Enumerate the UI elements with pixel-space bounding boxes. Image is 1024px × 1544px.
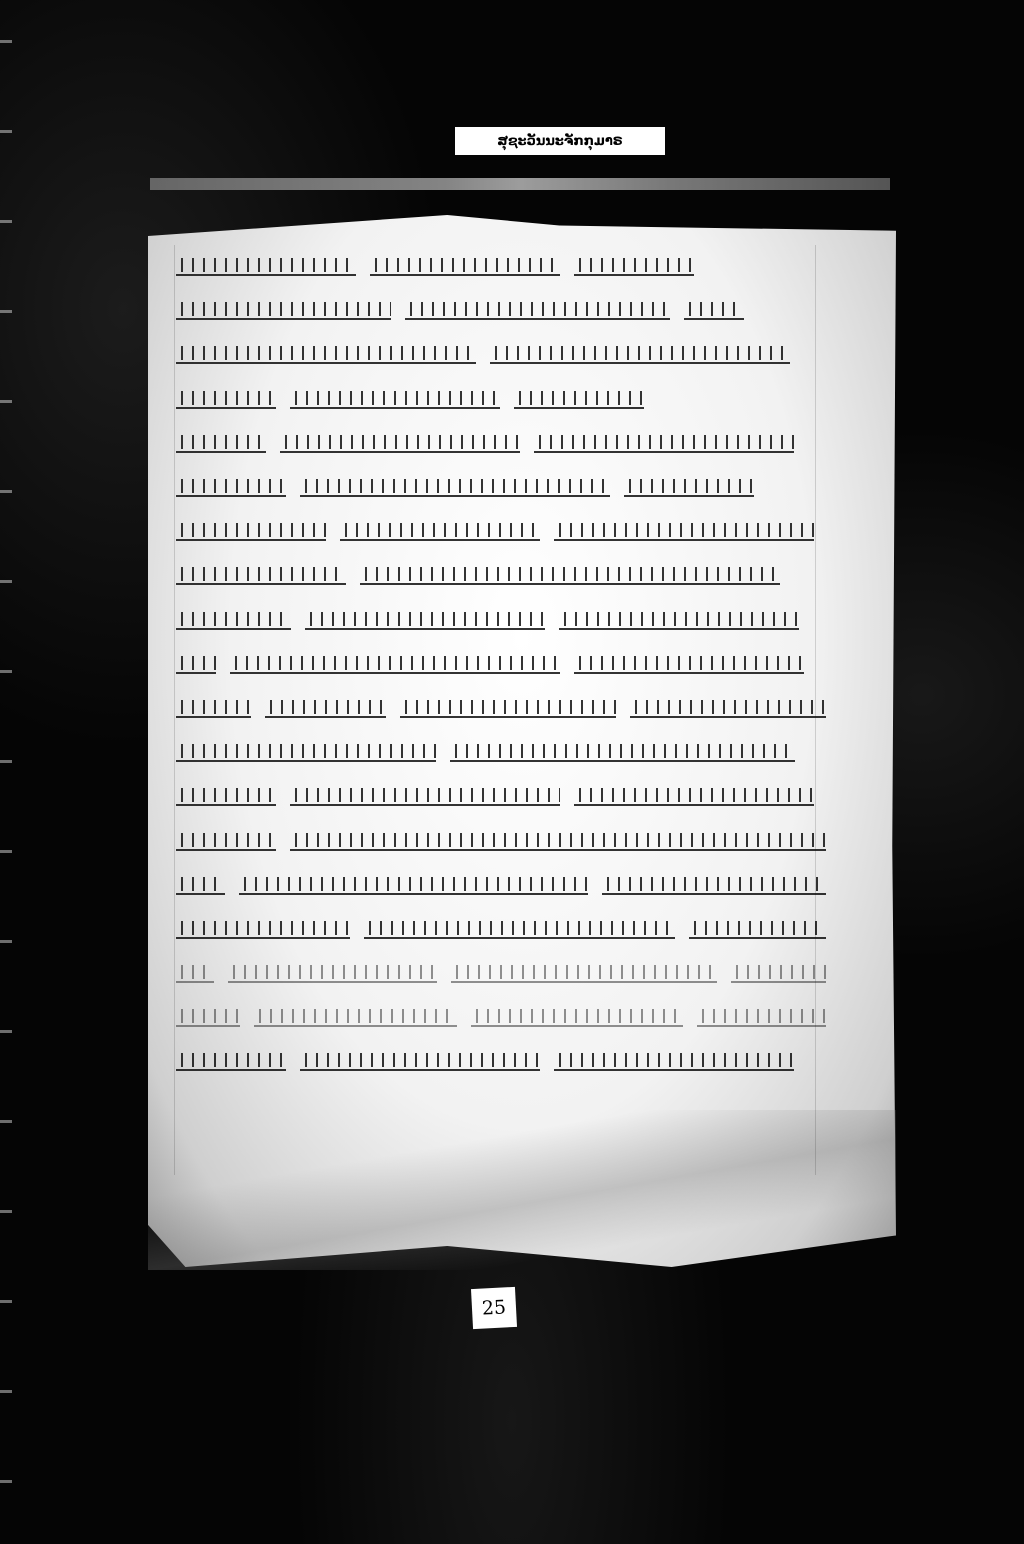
handwritten-word-group xyxy=(176,1047,286,1071)
manuscript-line xyxy=(176,596,826,640)
handwritten-word-group xyxy=(176,694,251,718)
handwritten-word-group xyxy=(559,606,799,630)
handwritten-word-group xyxy=(364,915,675,939)
manuscript-line xyxy=(176,816,826,860)
handwritten-word-group xyxy=(176,871,225,895)
handwritten-word-group xyxy=(534,429,794,453)
handwritten-word-group xyxy=(360,561,780,585)
manuscript-line xyxy=(176,728,826,772)
handwritten-word-group xyxy=(176,340,476,364)
handwritten-word-group xyxy=(574,782,814,806)
manuscript-line xyxy=(176,640,826,684)
handwritten-word-group xyxy=(370,252,560,276)
handwritten-word-group xyxy=(602,871,826,895)
manuscript-line xyxy=(176,463,826,507)
handwritten-word-group xyxy=(176,915,350,939)
binder-edge xyxy=(0,0,12,1544)
title-label: ສຸຊະວັນນະຈັກກຸມາຣ xyxy=(455,127,665,155)
page-number-label: 25 xyxy=(471,1287,517,1329)
handwritten-word-group xyxy=(176,385,276,409)
handwritten-word-group xyxy=(624,473,754,497)
handwritten-word-group xyxy=(554,1047,794,1071)
handwritten-word-group xyxy=(290,827,826,851)
manuscript-line xyxy=(176,1037,826,1081)
manuscript-line xyxy=(176,375,826,419)
manuscript-line xyxy=(176,551,826,595)
handwritten-word-group xyxy=(300,473,610,497)
manuscript-line xyxy=(176,861,826,905)
handwritten-word-group xyxy=(490,340,790,364)
manuscript-line xyxy=(176,993,826,1037)
manuscript-line xyxy=(176,330,826,374)
handwritten-word-group xyxy=(176,782,276,806)
cloth-strip xyxy=(150,178,890,190)
handwritten-word-group xyxy=(239,871,589,895)
handwritten-word-group xyxy=(254,1003,457,1027)
handwritten-word-group xyxy=(471,1003,683,1027)
handwritten-word-group xyxy=(400,694,615,718)
handwritten-word-group xyxy=(280,429,520,453)
handwritten-word-group xyxy=(176,296,391,320)
manuscript-line xyxy=(176,772,826,816)
handwritten-word-group xyxy=(405,296,670,320)
handwritten-word-group xyxy=(450,738,795,762)
handwritten-word-group xyxy=(230,650,560,674)
manuscript-line xyxy=(176,684,826,728)
manuscript-line xyxy=(176,286,826,330)
handwritten-word-group xyxy=(305,606,545,630)
handwritten-word-group xyxy=(265,694,387,718)
handwritten-word-group xyxy=(176,738,436,762)
handwritten-word-group xyxy=(731,959,826,983)
handwritten-word-group xyxy=(176,650,216,674)
manuscript-line xyxy=(176,949,826,993)
handwritten-word-group xyxy=(176,517,326,541)
manuscript-line xyxy=(176,242,826,286)
handwritten-word-group xyxy=(554,517,814,541)
page-number: 25 xyxy=(481,1296,506,1319)
handwritten-word-group xyxy=(176,473,286,497)
handwritten-word-group xyxy=(290,385,500,409)
handwritten-word-group xyxy=(300,1047,540,1071)
handwritten-word-group xyxy=(290,782,560,806)
handwritten-word-group xyxy=(684,296,744,320)
handwritten-word-group xyxy=(574,650,804,674)
handwritten-word-group xyxy=(451,959,717,983)
handwritten-word-group xyxy=(340,517,540,541)
title-text: ສຸຊະວັນນະຈັກກຸມາຣ xyxy=(497,134,623,149)
handwritten-word-group xyxy=(697,1003,826,1027)
handwritten-word-group xyxy=(176,429,266,453)
handwritten-word-group xyxy=(176,1003,240,1027)
manuscript-line xyxy=(176,507,826,551)
manuscript-text xyxy=(176,242,826,1082)
handwritten-word-group xyxy=(228,959,437,983)
handwritten-word-group xyxy=(176,561,346,585)
handwritten-word-group xyxy=(689,915,826,939)
handwritten-word-group xyxy=(514,385,644,409)
handwritten-word-group xyxy=(176,827,276,851)
handwritten-word-group xyxy=(574,252,694,276)
handwritten-word-group xyxy=(176,606,291,630)
handwritten-word-group xyxy=(630,694,826,718)
handwritten-word-group xyxy=(176,252,356,276)
manuscript-line xyxy=(176,419,826,463)
manuscript-line xyxy=(176,905,826,949)
handwritten-word-group xyxy=(176,959,214,983)
